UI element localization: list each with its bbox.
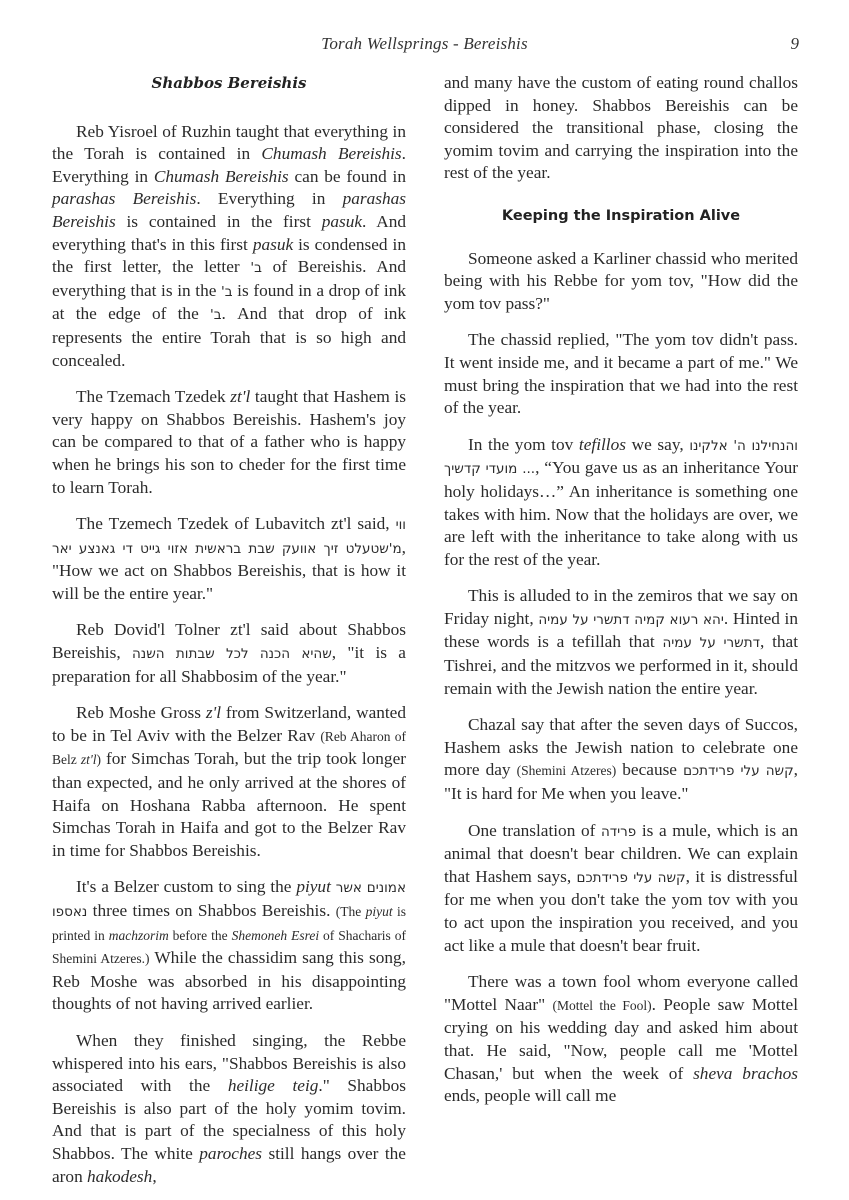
- paragraph-chassid-replied: The chassid replied, "The yom tov didn't…: [444, 329, 798, 419]
- paragraph-karliner: Someone asked a Karliner chassid who mer…: [444, 248, 798, 316]
- paragraph-lubavitch: The Tzemech Tzedek of Lubavitch zt'l sai…: [52, 513, 406, 605]
- left-column: Shabbos Bereishis Reb Yisroel of Ruzhin …: [52, 72, 406, 1188]
- paragraph-zemiros: This is alluded to in the zemiros that w…: [444, 585, 798, 700]
- section-heading-keeping-inspiration: Keeping the Inspiration Alive: [444, 205, 798, 228]
- paragraph-ruzhin: Reb Yisroel of Ruzhin taught that everyt…: [52, 121, 406, 373]
- running-title: Torah Wellsprings - Bereishis: [0, 34, 849, 54]
- page-number: 9: [791, 34, 800, 54]
- paragraph-chazal: Chazal say that after the seven days of …: [444, 714, 798, 805]
- paragraph-rebbe-whispered: When they finished singing, the Rebbe wh…: [52, 1030, 406, 1188]
- paragraph-moshe-gross: Reb Moshe Gross z'l from Switzerland, wa…: [52, 702, 406, 862]
- paragraph-mule: One translation of פרידה is a mule, whic…: [444, 820, 798, 958]
- paragraph-tolner: Reb Dovid'l Tolner zt'l said about Shabb…: [52, 619, 406, 688]
- paragraph-belzer-custom: It's a Belzer custom to sing the piyut א…: [52, 876, 406, 1016]
- paragraph-continuation: and many have the custom of eating round…: [444, 72, 798, 185]
- running-header: Torah Wellsprings - Bereishis 9: [0, 34, 849, 56]
- paragraph-tzemach-tzedek: The Tzemach Tzedek zt'l taught that Hash…: [52, 386, 406, 499]
- section-heading-shabbos-bereishis: Shabbos Bereishis: [52, 72, 406, 95]
- right-column: and many have the custom of eating round…: [444, 72, 798, 1108]
- paragraph-mottel: There was a town fool whom everyone call…: [444, 971, 798, 1108]
- paragraph-tefillos: In the yom tov tefillos we say, והנחילנו…: [444, 434, 798, 572]
